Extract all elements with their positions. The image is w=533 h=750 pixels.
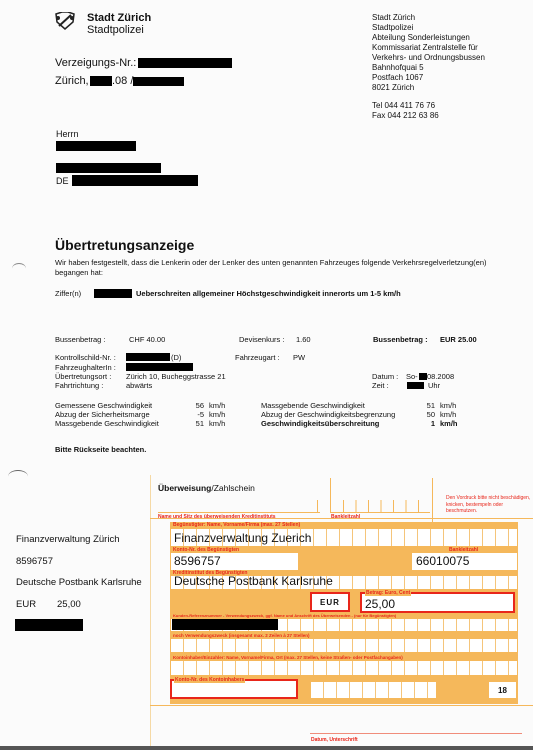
redacted-name: [56, 141, 136, 151]
bank-name-label: Name und Sitz des überweisenden Kreditin…: [158, 514, 276, 520]
place-date-prefix: Zürich,: [55, 75, 89, 87]
code-box: 18: [489, 682, 516, 698]
redacted-owner: [126, 363, 193, 371]
plate-label: Kontrollschild-Nr. :: [55, 353, 116, 362]
exchange-rate: 1.60: [296, 335, 311, 344]
address-line: Kommissariat Zentralstelle für: [372, 43, 485, 53]
payee-value: Finanzverwaltung Zuerich: [174, 531, 311, 545]
purpose2-label: noch Verwendungszweck (insgesamt max. 2 …: [173, 633, 310, 638]
speed-label: Abzug der Sicherheitsmarge: [55, 410, 190, 419]
blz-label-top: Bankleitzahl: [331, 514, 360, 520]
location: Zürich 10, Bucheggstrasse 21: [126, 372, 226, 381]
salutation: Herrn: [56, 129, 79, 139]
redacted-plate: [126, 353, 170, 361]
speed-label: Abzug der Geschwindigkeitsbegrenzung: [261, 410, 421, 419]
address-line: 8021 Zürich: [372, 83, 485, 93]
address-line: Verkehrs- und Ordnungsbussen: [372, 53, 485, 63]
fine-eur: EUR 25.00: [440, 335, 477, 344]
address-line: Stadt Zürich: [372, 13, 485, 23]
speed-value: -5: [190, 410, 204, 419]
location-label: Übertretungsort :: [55, 372, 111, 381]
payee-label: Begünstigter: Name, Vorname/Firma (max. …: [173, 522, 300, 528]
speed-row: Abzug der Geschwindigkeitsbegrenzung50km…: [261, 410, 458, 419]
org-unit: Stadtpolizei: [87, 24, 144, 36]
date-prefix: So-: [406, 372, 418, 381]
stub-account: 8596757: [16, 556, 53, 567]
blz-ticks: [343, 500, 428, 512]
redacted-time: [407, 382, 424, 389]
sender-address: Stadt Zürich Stadtpolizei Abteilung Sond…: [372, 13, 485, 121]
slip-divider: [150, 475, 151, 750]
stub-payee: Finanzverwaltung Zürich: [16, 534, 120, 545]
speed-row: Abzug der Sicherheitsmarge-5km/h: [55, 410, 225, 419]
exchange-rate-label: Devisenkurs :: [239, 335, 284, 344]
redacted-day: [419, 373, 427, 380]
direction-label: Fahrtrichtung :: [55, 381, 103, 390]
notice-title: Übertretungsanzeige: [55, 237, 194, 253]
speed-unit: km/h: [440, 419, 458, 428]
fine-chf: CHF 40.00: [129, 335, 165, 344]
speed-value: 51: [421, 401, 435, 410]
date-suffix: 08.2008: [427, 372, 454, 381]
speed-row: Gemessene Geschwindigkeit56km/h: [55, 401, 225, 410]
speed-unit: km/h: [440, 410, 456, 419]
bank-value: Deutsche Postbank Karlsruhe: [174, 574, 333, 588]
fax: Fax 044 212 63 86: [372, 111, 485, 121]
account-value: 8596757: [174, 554, 221, 568]
redacted-date-suffix: [133, 77, 184, 86]
stub-amount: 25,00: [57, 599, 81, 610]
time-label: Zeit :: [372, 381, 389, 390]
scan-edge: [0, 746, 533, 750]
speed-label: Massgebende Geschwindigkeit: [55, 419, 190, 428]
redacted-city: [72, 175, 198, 186]
blz-value: 66010075: [416, 554, 469, 568]
fine-eur-label: Bussenbetrag :: [373, 335, 428, 344]
direction: abwärts: [126, 381, 152, 390]
amount-label: Betrag: Euro, Cent: [365, 590, 411, 596]
speed-left-table: Gemessene Geschwindigkeit56km/h Abzug de…: [55, 401, 225, 428]
speed-unit: km/h: [440, 401, 456, 410]
redacted-reference: [138, 58, 232, 68]
time-suffix: Uhr: [428, 381, 440, 390]
payer-label: Kontoinhaber/Einzahler: Name, Vorname/Fi…: [173, 655, 403, 660]
speed-label: Geschwindigkeitsüberschreitung: [261, 419, 421, 428]
speed-row: Massgebende Geschwindigkeit51km/h: [55, 419, 225, 428]
ziffer-label: Ziffer(n): [55, 289, 81, 298]
owner-label: FahrzeughalterIn :: [55, 363, 116, 372]
warning-divider: [432, 478, 433, 528]
extra-field[interactable]: [311, 682, 436, 698]
speed-value: 1: [421, 419, 435, 428]
fine-chf-label: Bussenbetrag :: [55, 335, 105, 344]
speed-value: 50: [421, 410, 435, 419]
org-name: Stadt Zürich: [87, 12, 151, 24]
purpose2-field[interactable]: [171, 639, 517, 652]
address-line: Postfach 1067: [372, 73, 485, 83]
slip-top-border: [150, 518, 533, 519]
speed-label: Gemessene Geschwindigkeit: [55, 401, 190, 410]
address-line: Abteilung Sonderleistungen: [372, 33, 485, 43]
signature-label: Datum, Unterschrift: [311, 737, 358, 743]
speed-right-table: Massgebende Geschwindigkeit51km/h Abzug …: [261, 401, 458, 428]
currency-box: EUR: [310, 592, 350, 612]
address-line: Bahnhofquai 5: [372, 63, 485, 73]
payer-field[interactable]: [171, 661, 517, 675]
redacted-reference: [172, 619, 278, 630]
payer-account-label: Konto-Nr. des Kontoinhabers: [174, 677, 245, 683]
plate-suffix: (D): [171, 353, 181, 362]
blz-divider: [330, 478, 331, 513]
stub-bank: Deutsche Postbank Karlsruhe: [16, 577, 142, 588]
zurich-coat-of-arms-icon: [55, 12, 75, 30]
speed-unit: km/h: [209, 401, 225, 410]
currency-value: EUR: [320, 598, 340, 607]
place-date-mid: .08 /: [112, 75, 133, 87]
amount-value: 25,00: [365, 597, 395, 611]
slip-bottom-border: [150, 705, 533, 706]
slip-title-bold: Überweisung: [158, 483, 211, 493]
vehicle-type-label: Fahrzeugart :: [235, 353, 280, 362]
redacted-street: [56, 163, 161, 173]
speed-row: Massgebende Geschwindigkeit51km/h: [261, 401, 458, 410]
blz-line: [330, 512, 430, 513]
bank-name-line: [158, 512, 320, 513]
speed-value: 56: [190, 401, 204, 410]
slip-title: Überweisung/Zahlschein: [158, 483, 255, 493]
offense: Ueberschreiten allgemeiner Höchstgeschwi…: [136, 289, 401, 298]
date-label: Datum :: [372, 372, 398, 381]
slip-title-rest: /Zahlschein: [211, 483, 254, 493]
redacted-stub-ref: [15, 619, 83, 631]
signature-line: [310, 733, 522, 734]
vehicle-type: PW: [293, 353, 305, 362]
speed-unit: km/h: [209, 419, 225, 428]
speed-unit: km/h: [209, 410, 225, 419]
speed-label: Massgebende Geschwindigkeit: [261, 401, 421, 410]
notice-intro: Wir haben festgestellt, dass die Lenkeri…: [55, 258, 515, 278]
phone: Tel 044 411 76 76: [372, 101, 485, 111]
punch-hole-mark: [12, 263, 26, 274]
country-prefix: DE: [56, 176, 69, 186]
punch-hole-mark: [8, 470, 28, 483]
code-value: 18: [498, 686, 507, 695]
address-line: Stadtpolizei: [372, 23, 485, 33]
speed-row: Geschwindigkeitsüberschreitung1km/h: [261, 419, 458, 428]
tick: [317, 500, 318, 512]
warning-text: Den Vordruck bitte nicht beschädigen, kn…: [446, 495, 531, 515]
reference-label: Kunden-Referenznummer - Verwendungszweck…: [173, 613, 396, 618]
reference-label: Verzeigungs-Nr.:: [55, 57, 136, 69]
stub-currency: EUR: [16, 599, 36, 610]
speed-value: 51: [190, 419, 204, 428]
redacted-day: [90, 76, 112, 86]
footer-note: Bitte Rückseite beachten.: [55, 445, 146, 454]
redacted-ziffer: [94, 289, 132, 298]
